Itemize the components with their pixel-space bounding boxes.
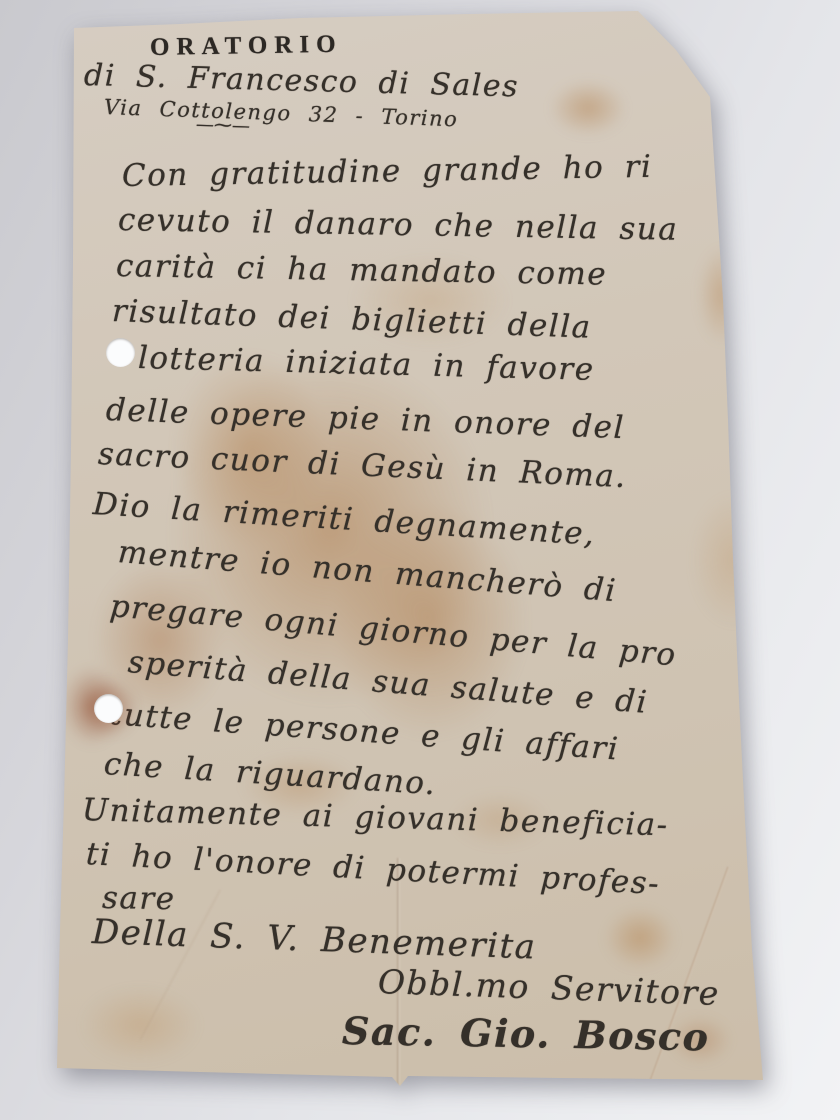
letterhead-flourish: —⁓— xyxy=(196,114,251,137)
photo-background: ORATORIO di S. Francesco di Sales Via Co… xyxy=(0,0,840,1120)
punch-hole-bottom xyxy=(94,694,123,723)
paper-shadow: ORATORIO di S. Francesco di Sales Via Co… xyxy=(0,0,840,1120)
signature-name: Sac. Gio. Bosco xyxy=(342,1008,710,1059)
letter-paper: ORATORIO di S. Francesco di Sales Via Co… xyxy=(0,0,840,1120)
punch-hole-top xyxy=(106,338,135,367)
letter-line: sare xyxy=(102,880,176,917)
letterhead-title: ORATORIO xyxy=(150,31,343,62)
